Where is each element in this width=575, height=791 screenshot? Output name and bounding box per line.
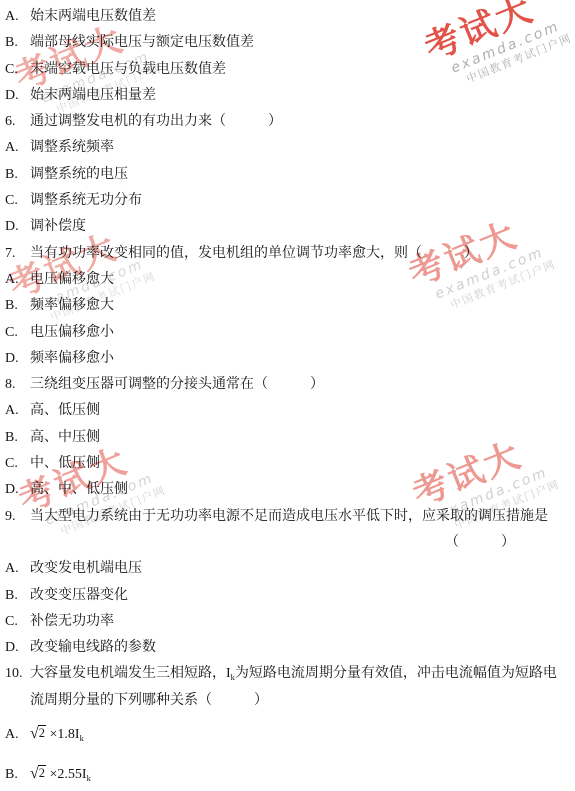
q6-option-d: D.调补偿度 xyxy=(5,214,575,240)
q7-option-d-label: D. xyxy=(5,346,30,372)
exam-page: 考试大examda.com中国教育考试门户网考试大examda.com中国教育考… xyxy=(0,0,575,791)
q9-option-c: C.补偿无功功率 xyxy=(5,609,575,635)
q9-option-d: D.改变输电线路的参数 xyxy=(5,635,575,661)
prev-question-option-a-content: 始末两端电压数值差 xyxy=(30,9,156,24)
q6-option-c-label: C. xyxy=(5,188,30,214)
q8-option-d: D.高、中、低压侧 xyxy=(5,477,575,503)
q9-option-c-label: C. xyxy=(5,609,30,635)
q8-option-a: A.高、低压侧 xyxy=(5,398,575,424)
prev-question-option-c-content: 末端空载电压与负载电压数值差 xyxy=(30,62,226,77)
question-9: 9.当大型电力系统由于无功功率电源不足而造成电压水平低下时，应采取的调压措施是 xyxy=(5,504,575,530)
prev-question-option-d: D.始末两端电压相量差 xyxy=(5,83,575,109)
q6-option-d-label: D. xyxy=(5,214,30,240)
prev-question-option-b: B.端部母线实际电压与额定电压数值差 xyxy=(5,30,575,56)
q6-option-d-content: 调补偿度 xyxy=(30,219,86,234)
prev-question-option-a: A.始末两端电压数值差 xyxy=(5,4,575,30)
subscript: k xyxy=(80,733,84,743)
q9-option-d-label: D. xyxy=(5,635,30,661)
radicand: 2 xyxy=(38,765,46,781)
question-9-paren: （ ） xyxy=(5,530,575,556)
question-7-content: 当有功功率改变相同的值，发电机组的单位调节功率愈大，则（ ） xyxy=(30,246,478,261)
q6-option-a-label: A. xyxy=(5,135,30,161)
q8-option-c: C.中、低压侧 xyxy=(5,451,575,477)
q6-option-a-content: 调整系统频率 xyxy=(30,140,114,155)
question-6: 6.通过调整发电机的有功出力来（ ） xyxy=(5,109,575,135)
q8-option-a-content: 高、低压侧 xyxy=(30,403,100,418)
prev-question-option-b-content: 端部母线实际电压与额定电压数值差 xyxy=(30,35,254,50)
q6-option-b-label: B. xyxy=(5,162,30,188)
prev-question-option-a-label: A. xyxy=(5,4,30,30)
q8-option-c-content: 中、低压侧 xyxy=(30,456,100,471)
question-9-paren-content: （ ） xyxy=(445,535,515,550)
q7-option-a: A.电压偏移愈大 xyxy=(5,267,575,293)
question-8-content: 三绕组变压器可调整的分接头通常在（ ） xyxy=(30,377,324,392)
prev-question-option-d-label: D. xyxy=(5,83,30,109)
q7-option-b-label: B. xyxy=(5,293,30,319)
q6-option-b-content: 调整系统的电压 xyxy=(30,167,128,182)
question-10-label: 10. xyxy=(5,661,30,687)
prev-question-option-c-label: C. xyxy=(5,57,30,83)
question-8: 8.三绕组变压器可调整的分接头通常在（ ） xyxy=(5,372,575,398)
q9-option-b: B.改变变压器变化 xyxy=(5,583,575,609)
q8-option-b-label: B. xyxy=(5,425,30,451)
question-6-content: 通过调整发电机的有功出力来（ ） xyxy=(30,114,282,129)
q7-option-a-content: 电压偏移愈大 xyxy=(30,272,114,287)
q9-option-a-content: 改变发电机端电压 xyxy=(30,561,142,576)
q7-option-a-label: A. xyxy=(5,267,30,293)
q8-option-d-content: 高、中、低压侧 xyxy=(30,482,128,497)
question-9-label: 9. xyxy=(5,504,30,530)
q9-option-a-label: A. xyxy=(5,556,30,582)
sqrt-symbol: √2 xyxy=(30,754,46,791)
question-10-cont-content: 流周期分量的下列哪种关系（ ） xyxy=(30,693,268,708)
q8-option-d-label: D. xyxy=(5,477,30,503)
question-10-cont: 流周期分量的下列哪种关系（ ） xyxy=(5,688,575,714)
q8-option-b-content: 高、中压侧 xyxy=(30,430,100,445)
text-segment: ×2.55I xyxy=(46,767,87,782)
radicand: 2 xyxy=(38,725,46,741)
q7-option-c-content: 电压偏移愈小 xyxy=(30,325,114,340)
sqrt-symbol: √2 xyxy=(30,714,46,755)
q8-option-c-label: C. xyxy=(5,451,30,477)
q10-option-b-label: B. xyxy=(5,755,30,791)
q9-option-b-content: 改变变压器变化 xyxy=(30,588,128,603)
q6-option-c-content: 调整系统无功分布 xyxy=(30,193,142,208)
q10-option-b: B.√2 ×2.55Ik xyxy=(5,754,575,791)
q9-option-a: A.改变发电机端电压 xyxy=(5,556,575,582)
q9-option-c-content: 补偿无功功率 xyxy=(30,614,114,629)
q9-option-b-label: B. xyxy=(5,583,30,609)
text-segment: 大容量发电机端发生三相短路，I xyxy=(30,666,231,681)
q6-option-c: C.调整系统无功分布 xyxy=(5,188,575,214)
q7-option-b-content: 频率偏移愈大 xyxy=(30,298,114,313)
q6-option-b: B.调整系统的电压 xyxy=(5,162,575,188)
question-10: 10.大容量发电机端发生三相短路，Ik为短路电流周期分量有效值，冲击电流幅值为短… xyxy=(5,661,575,687)
q7-option-c: C.电压偏移愈小 xyxy=(5,320,575,346)
prev-question-option-b-label: B. xyxy=(5,30,30,56)
q10-option-a-label: A. xyxy=(5,715,30,755)
q7-option-d-content: 频率偏移愈小 xyxy=(30,351,114,366)
q8-option-b: B.高、中压侧 xyxy=(5,425,575,451)
exam-lines: A.始末两端电压数值差B.端部母线实际电压与额定电压数值差C.末端空载电压与负载… xyxy=(5,4,575,791)
q7-option-c-label: C. xyxy=(5,320,30,346)
prev-question-option-d-content: 始末两端电压相量差 xyxy=(30,88,156,103)
q10-option-a: A.√2 ×1.8Ik xyxy=(5,714,575,754)
q7-option-d: D.频率偏移愈小 xyxy=(5,346,575,372)
question-7-label: 7. xyxy=(5,241,30,267)
q8-option-a-label: A. xyxy=(5,398,30,424)
question-6-label: 6. xyxy=(5,109,30,135)
subscript: k xyxy=(87,773,91,783)
q10-option-b-content: √2 ×2.55Ik xyxy=(30,767,91,782)
question-8-label: 8. xyxy=(5,372,30,398)
q10-option-a-content: √2 ×1.8Ik xyxy=(30,727,84,742)
question-10-content: 大容量发电机端发生三相短路，Ik为短路电流周期分量有效值，冲击电流幅值为短路电 xyxy=(30,666,557,681)
question-7: 7.当有功功率改变相同的值，发电机组的单位调节功率愈大，则（ ） xyxy=(5,241,575,267)
q6-option-a: A.调整系统频率 xyxy=(5,135,575,161)
text-segment: 为短路电流周期分量有效值，冲击电流幅值为短路电 xyxy=(235,666,557,681)
prev-question-option-c: C.末端空载电压与负载电压数值差 xyxy=(5,57,575,83)
text-segment: ×1.8I xyxy=(46,727,80,742)
question-9-content: 当大型电力系统由于无功功率电源不足而造成电压水平低下时，应采取的调压措施是 xyxy=(30,509,548,524)
q9-option-d-content: 改变输电线路的参数 xyxy=(30,640,156,655)
q7-option-b: B.频率偏移愈大 xyxy=(5,293,575,319)
